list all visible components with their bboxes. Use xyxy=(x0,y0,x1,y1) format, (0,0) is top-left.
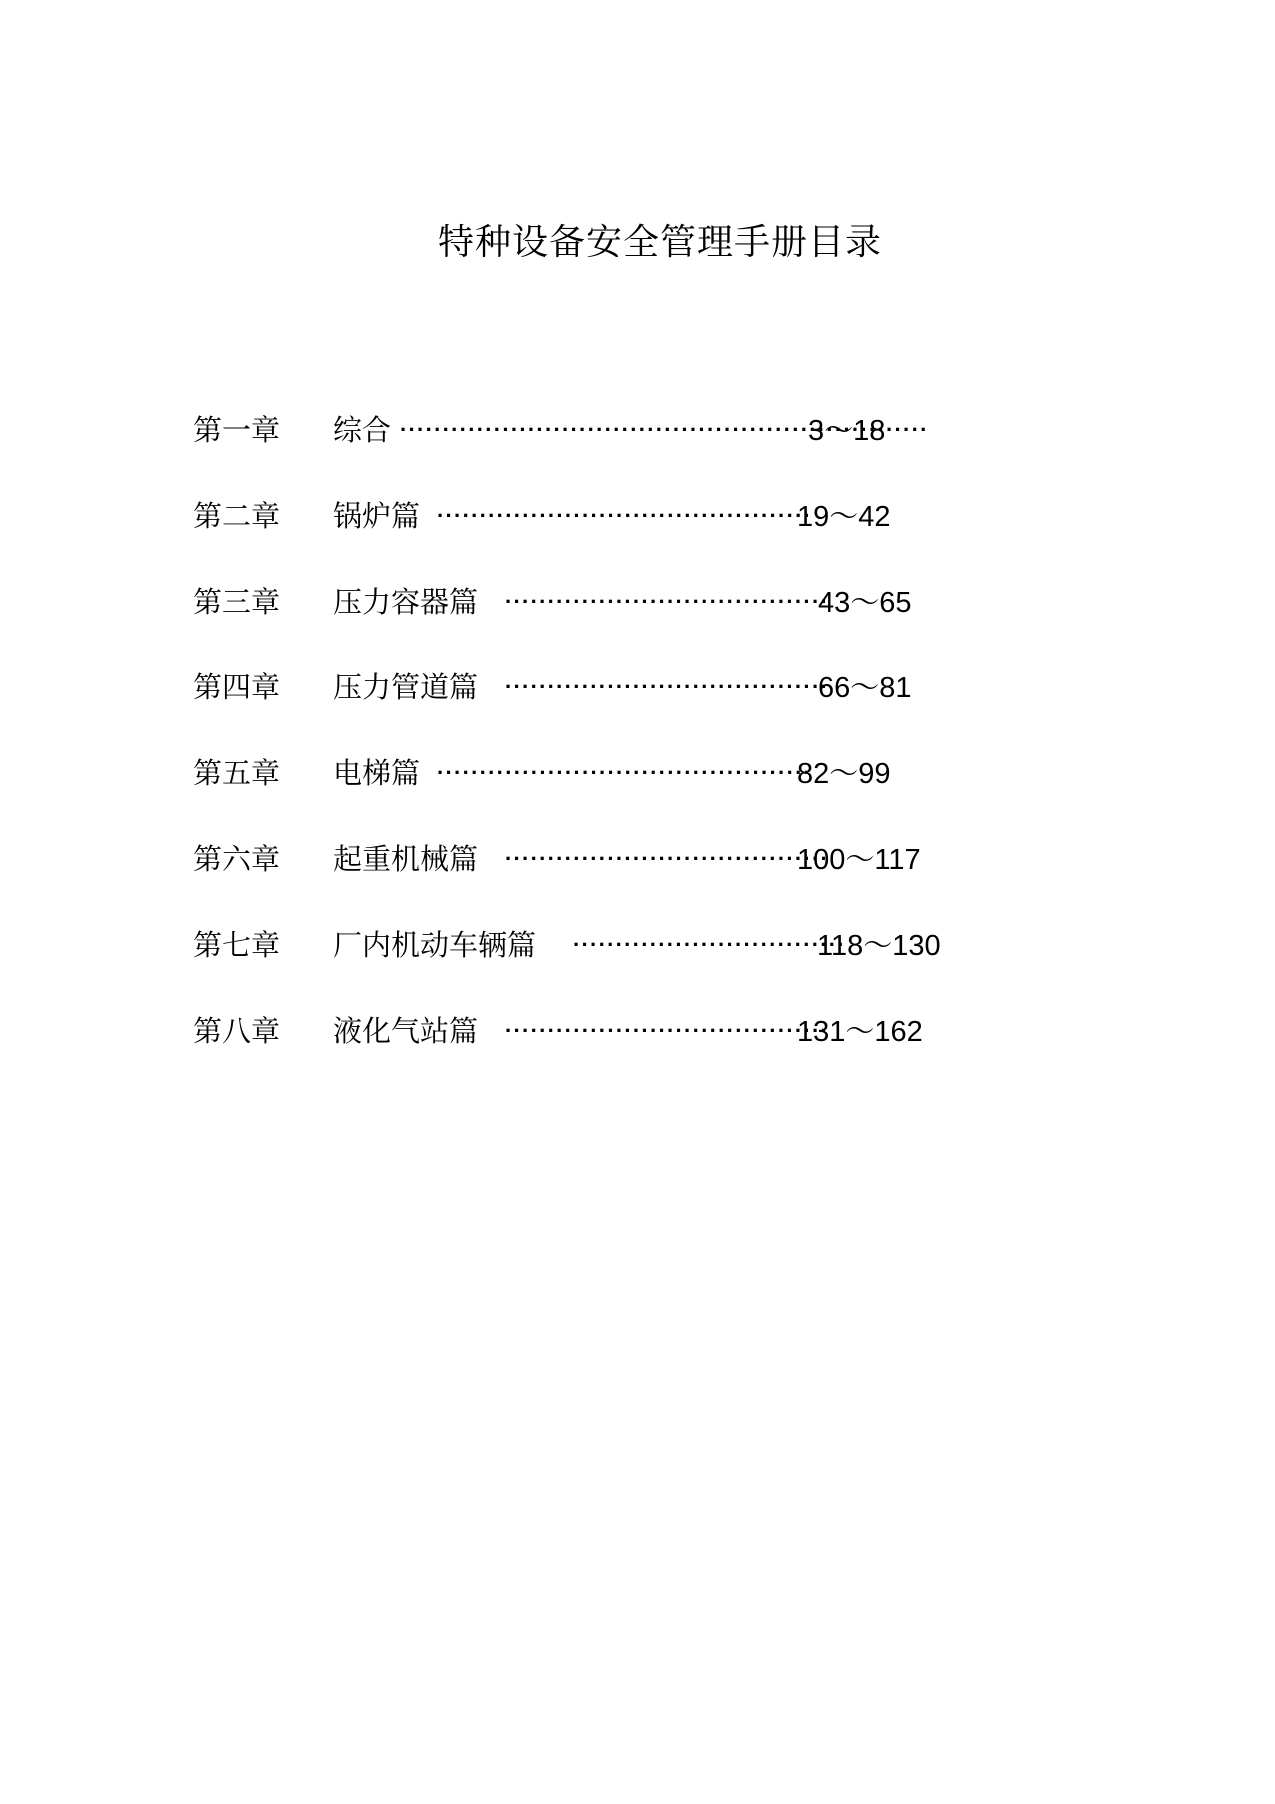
chapter-label: 第八章 xyxy=(193,1011,280,1051)
dot-leader: ········································… xyxy=(437,753,808,793)
chapter-label: 第七章 xyxy=(193,925,280,965)
chapter-title: 厂内机动车辆篇 xyxy=(333,925,536,965)
page-range: 43～65 xyxy=(818,582,912,624)
dot-leader: ········································… xyxy=(505,582,825,622)
page-range: 66～81 xyxy=(818,667,912,709)
toc-row[interactable]: 第一章 综合 ·································… xyxy=(0,410,1275,450)
chapter-label: 第一章 xyxy=(193,410,280,450)
toc-row[interactable]: 第五章 电梯篇 ································… xyxy=(0,753,1275,793)
chapter-label: 第六章 xyxy=(193,839,280,879)
toc-row[interactable]: 第二章 锅炉篇 ································… xyxy=(0,496,1275,536)
page-range: 100～117 xyxy=(797,839,921,881)
chapter-title: 压力管道篇 xyxy=(333,667,478,707)
chapter-title: 电梯篇 xyxy=(333,753,420,793)
dot-leader: ········································… xyxy=(573,925,843,965)
dot-leader: ········································… xyxy=(505,1011,825,1051)
chapter-label: 第二章 xyxy=(193,496,280,536)
chapter-title: 锅炉篇 xyxy=(333,496,420,536)
page-title: 特种设备安全管理手册目录 xyxy=(0,214,1275,265)
page-range: 131～162 xyxy=(797,1011,923,1053)
page-range: 3～18 xyxy=(808,410,885,452)
chapter-title: 液化气站篇 xyxy=(333,1011,478,1051)
toc-row[interactable]: 第七章 厂内机动车辆篇 ····························… xyxy=(0,925,1275,965)
toc-row[interactable]: 第八章 液化气站篇 ······························… xyxy=(0,1011,1275,1051)
chapter-label: 第四章 xyxy=(193,667,280,707)
dot-leader: ········································… xyxy=(437,496,808,536)
toc-row[interactable]: 第四章 压力管道篇 ······························… xyxy=(0,667,1275,707)
chapter-label: 第五章 xyxy=(193,753,280,793)
page-range: 82～99 xyxy=(797,753,891,795)
page-range: 19～42 xyxy=(797,496,891,538)
dot-leader: ········································… xyxy=(505,839,825,879)
page-range: 118～130 xyxy=(817,925,941,967)
chapter-title: 综合 xyxy=(333,410,391,450)
chapter-title: 压力容器篇 xyxy=(333,582,478,622)
dot-leader: ········································… xyxy=(505,667,825,707)
toc-row[interactable]: 第六章 起重机械篇 ······························… xyxy=(0,839,1275,879)
chapter-title: 起重机械篇 xyxy=(333,839,478,879)
chapter-label: 第三章 xyxy=(193,582,280,622)
toc-row[interactable]: 第三章 压力容器篇 ······························… xyxy=(0,582,1275,622)
